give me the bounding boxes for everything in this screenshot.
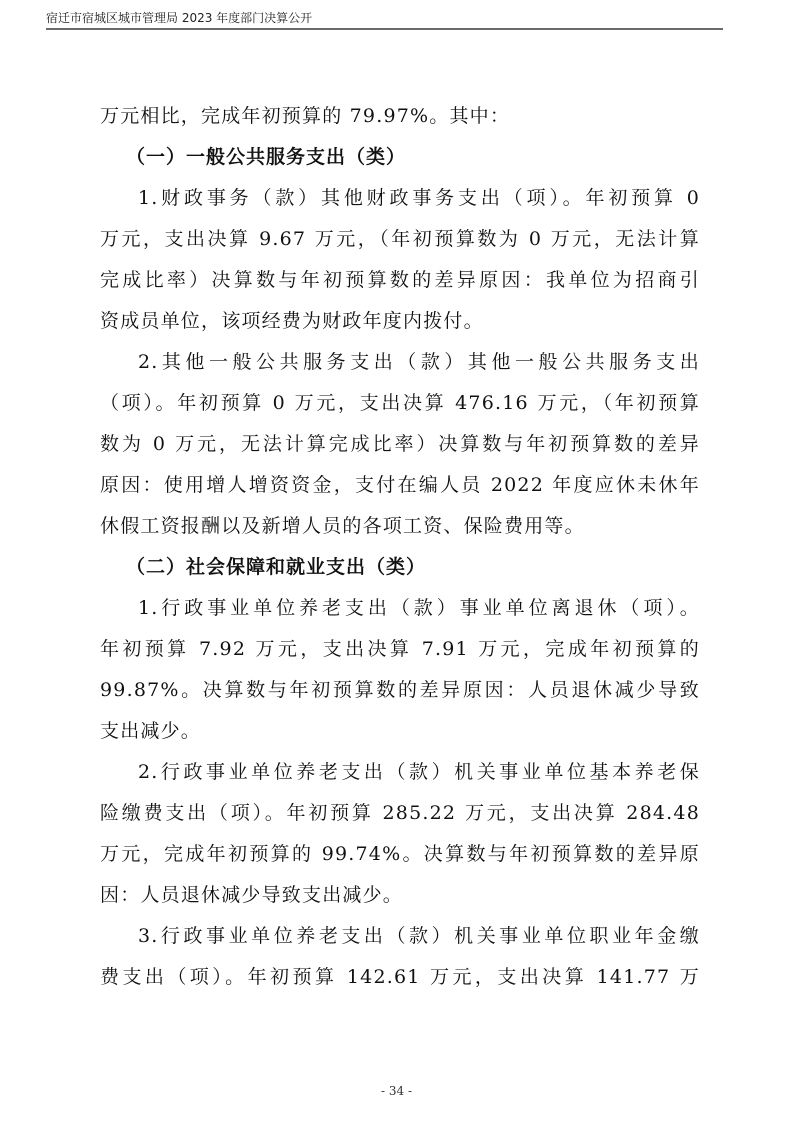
paragraph-line: 万元相比，完成年初预算的 79.97%。其中：	[100, 96, 700, 137]
paragraph-line: 因：人员退休减少导致支出减少。	[100, 875, 700, 916]
page-header: 宿迁市宿城区城市管理局 2023 年度部门决算公开	[46, 10, 723, 30]
document-body: 万元相比，完成年初预算的 79.97%。其中：（一）一般公共服务支出（类）1.财…	[100, 96, 700, 998]
paragraph-line: 1.财政事务（款）其他财政事务支出（项）。年初预算 0	[100, 178, 700, 219]
paragraph-line: 年初预算 7.92 万元，支出决算 7.91 万元，完成年初预算的	[100, 629, 700, 670]
header-title: 宿迁市宿城区城市管理局 2023 年度部门决算公开	[46, 10, 723, 26]
paragraph-line: 万元，完成年初预算的 99.74%。决算数与年初预算数的差异原	[100, 834, 700, 875]
section-heading: （一）一般公共服务支出（类）	[100, 137, 700, 178]
header-divider	[46, 28, 723, 30]
paragraph-line: 数为 0 万元，无法计算完成比率）决算数与年初预算数的差异	[100, 424, 700, 465]
paragraph-line: （项）。年初预算 0 万元，支出决算 476.16 万元，（年初预算	[100, 383, 700, 424]
paragraph-line: 休假工资报酬以及新增人员的各项工资、保险费用等。	[100, 506, 700, 547]
paragraph-line: 费支出（项）。年初预算 142.61 万元，支出决算 141.77 万	[100, 957, 700, 998]
paragraph-line: 资成员单位，该项经费为财政年度内拨付。	[100, 301, 700, 342]
page-number: - 34 -	[0, 1084, 793, 1098]
paragraph-line: 完成比率）决算数与年初预算数的差异原因：我单位为招商引	[100, 260, 700, 301]
paragraph-line: 99.87%。决算数与年初预算数的差异原因：人员退休减少导致	[100, 670, 700, 711]
paragraph-line: 1.行政事业单位养老支出（款）事业单位离退休（项）。	[100, 588, 700, 629]
paragraph-line: 万元，支出决算 9.67 万元，（年初预算数为 0 万元，无法计算	[100, 219, 700, 260]
paragraph-line: 险缴费支出（项）。年初预算 285.22 万元，支出决算 284.48	[100, 793, 700, 834]
paragraph-line: 原因：使用增人增资资金，支付在编人员 2022 年度应休未休年	[100, 465, 700, 506]
paragraph-line: 3.行政事业单位养老支出（款）机关事业单位职业年金缴	[100, 916, 700, 957]
paragraph-line: 2.行政事业单位养老支出（款）机关事业单位基本养老保	[100, 752, 700, 793]
paragraph-line: 支出减少。	[100, 711, 700, 752]
paragraph-line: 2.其他一般公共服务支出（款）其他一般公共服务支出	[100, 342, 700, 383]
section-heading: （二）社会保障和就业支出（类）	[100, 547, 700, 588]
